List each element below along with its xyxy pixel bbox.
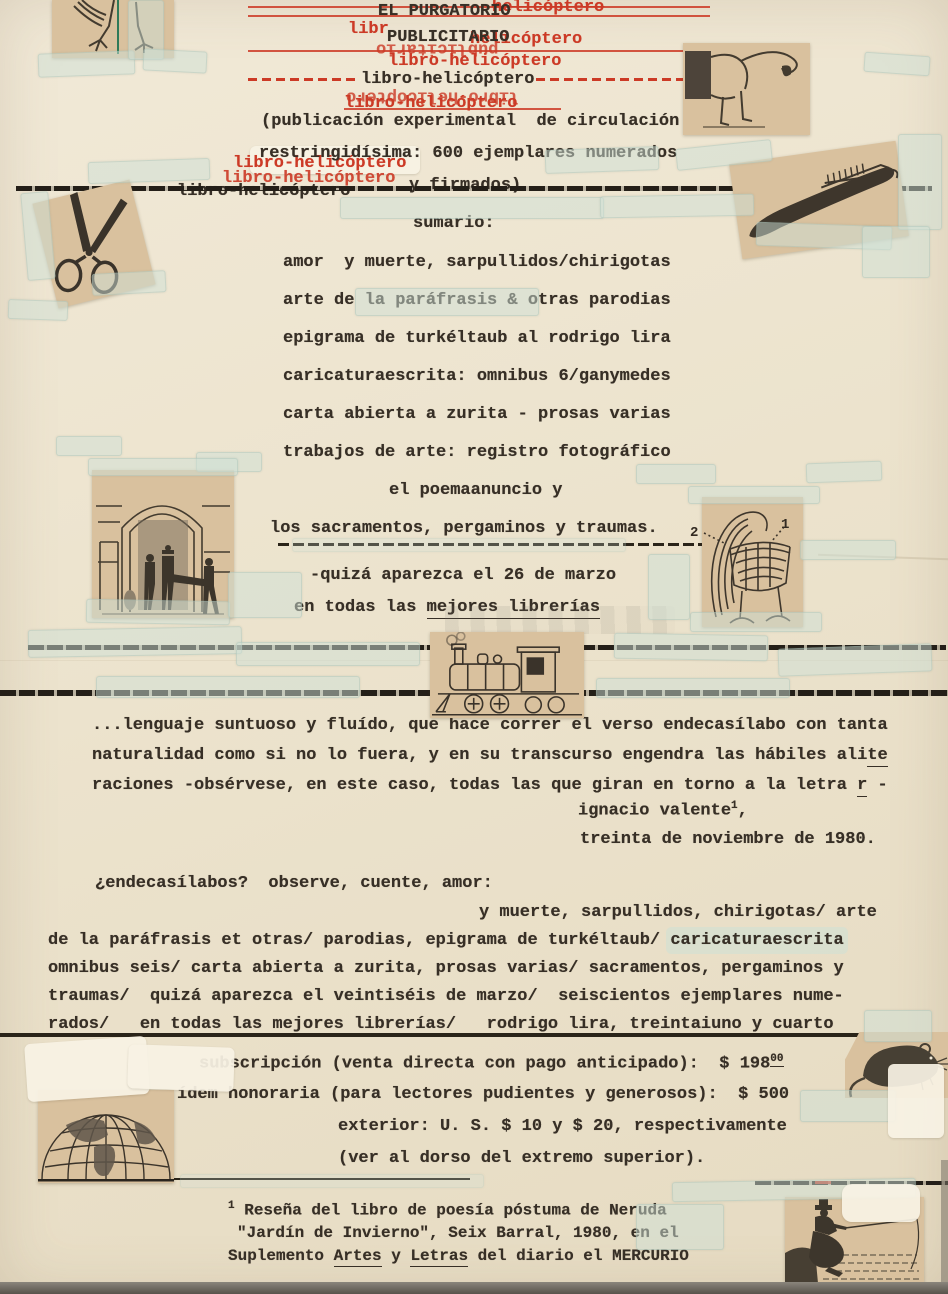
doorway-scene-engraving (92, 470, 234, 618)
pencil-sketch-hills (445, 606, 675, 634)
review-date: treinta de noviembre de 1980. (580, 830, 876, 850)
review-line2-main: naturalidad como si no lo fuera, y en su… (92, 746, 867, 765)
tape-strip (800, 1090, 896, 1122)
pricing-line3: exterior: U. S. $ 10 y $ 20, respectivam… (338, 1117, 787, 1137)
tape-strip (142, 48, 207, 73)
endeca-line1: y muerte, sarpullidos, chirigotas/ arte (479, 903, 877, 923)
tape-strip (596, 678, 790, 698)
endeca-line5: rados/ en todas las mejores librerías/ r… (48, 1015, 834, 1035)
tape-strip (292, 538, 626, 552)
tape-strip (38, 50, 136, 77)
tape-strip (86, 599, 230, 626)
lion-hindquarters-engraving (683, 43, 810, 135)
footnote-letras-underlined: Letras (410, 1247, 468, 1267)
masthead-title-line2: PUBLICITARIO (387, 28, 509, 48)
tape-strip (8, 299, 69, 321)
endeca-line2-prefix: de la paráfrasis et otras/ parodias, epi… (48, 931, 670, 950)
review-line2: naturalidad como si no lo fuera, y en su… (92, 746, 888, 766)
footnote-artes-underlined: Artes (334, 1247, 382, 1267)
paper-patch (842, 1184, 920, 1222)
pricing-line1-main: subscripción (venta directa con pago ant… (199, 1055, 770, 1074)
tape-strip (28, 626, 242, 658)
tape-strip (864, 1010, 932, 1042)
scan-edge-bottom (0, 1282, 948, 1294)
sumario-item: caricaturaescrita: omnibus 6/ganymedes (283, 367, 671, 387)
globe-engraving (38, 1090, 174, 1183)
pricing-line1: subscripción (venta directa con pago ant… (199, 1053, 784, 1074)
tape-strip (648, 554, 690, 620)
masthead-title-line1: EL PURGATORIO (378, 2, 511, 22)
footnote-line2: "Jardín de Invierno", Seix Barral, 1980,… (237, 1224, 679, 1242)
tape-strip (778, 643, 933, 676)
tape-strip (91, 270, 166, 296)
bassinet-label-2: 2 (690, 526, 698, 540)
tape-strip (688, 486, 820, 504)
red-libro-helicoptero: libro-helicóptero (388, 52, 561, 72)
tape-strip (545, 146, 660, 174)
tape-strip (236, 642, 420, 666)
pricing-line2: ídem honoraria (para lectores pudientes … (177, 1085, 789, 1105)
footnote-reference: 1 (731, 800, 738, 812)
red-overprint-fragment: libr (348, 20, 389, 40)
endeca-taped-word: caricaturaescrita (670, 931, 843, 950)
tape-strip (600, 194, 754, 219)
review-attribution: ignacio valente1, (578, 800, 748, 821)
tape-strip (806, 461, 883, 484)
sumario-item: trabajos de arte: registro fotográfico (283, 443, 671, 463)
release-line1: -quizá aparezca el 26 de marzo (310, 566, 616, 586)
scan-edge-right (941, 1160, 948, 1294)
tape-strip (690, 612, 822, 632)
tape-strip (636, 464, 716, 484)
review-line3-tail: - (867, 776, 887, 795)
scanned-collage-page: helicóptero libr helicóptero publicitari… (0, 0, 948, 1294)
endeca-line4: traumas/ quizá aparezca el veintiséis de… (48, 987, 844, 1007)
sumario-item: el poemaanuncio y (389, 481, 562, 501)
bassinet-label-1: 1 (781, 518, 789, 532)
tape-strip (228, 572, 302, 618)
red-dashed-rule (248, 78, 360, 81)
red-libro-helicoptero-underlined: libro-helicóptero (344, 94, 517, 114)
tape-strip (56, 436, 122, 456)
tape-strip (862, 226, 930, 278)
tape-strip (180, 1174, 484, 1188)
paper-patch (127, 1044, 234, 1092)
review-line3: raciones -obsérvese, en este caso, todas… (92, 776, 888, 796)
attribution-name: ignacio valente (578, 802, 731, 821)
attribution-comma: , (738, 802, 748, 821)
review-line1: ...lenguaje suntuoso y fluído, que hace … (92, 716, 888, 736)
pricing-superscript-cents: 00 (770, 1053, 783, 1067)
review-line3-underlined: r (857, 776, 867, 797)
endeca-intro: ¿endecasílabos? observe, cuente, amor: (95, 874, 493, 894)
masthead-black-libro: libro-helicóptero (361, 70, 534, 90)
tape-strip (340, 197, 604, 219)
locomotive-engraving (430, 632, 584, 718)
tape-strip (636, 1204, 724, 1250)
sumario-item: epigrama de turkéltaub al rodrigo lira (283, 329, 671, 349)
edition-note-line1: (publicación experimental de circulación (261, 112, 679, 132)
tape-strip (614, 633, 768, 662)
sumario-item: carta abierta a zurita - prosas varias (283, 405, 671, 425)
footnote-line1: 1 Reseña del libro de poesía póstuma de … (228, 1200, 667, 1220)
endeca-line2: de la paráfrasis et otras/ parodias, epi… (48, 931, 844, 951)
review-line2-underlined: te (867, 746, 887, 767)
footnote-line3: Suplemento Artes y Letras del diario el … (228, 1247, 689, 1265)
tape-strip (96, 676, 360, 698)
margin-black-libro-struck: libro-helicóptero (177, 182, 350, 202)
paper-patch (888, 1064, 944, 1138)
tape-strip (88, 158, 211, 184)
sumario-item: los sacramentos, pergaminos y traumas. (270, 519, 658, 539)
footnote-line3-mid: y (382, 1247, 411, 1265)
footnote-line1-text: Reseña del libro de poesía póstuma de Ne… (244, 1201, 666, 1219)
tape-strip (88, 458, 238, 476)
review-line3-main: raciones -obsérvese, en este caso, todas… (92, 776, 857, 795)
sumario-item: amor y muerte, sarpullidos/chirigotas (283, 253, 671, 273)
pricing-line4: (ver al dorso del extremo superior). (338, 1149, 705, 1169)
tape-strip (863, 52, 930, 77)
endeca-line3: omnibus seis/ carta abierta a zurita, pr… (48, 959, 844, 979)
tape-strip (800, 540, 896, 560)
tape-strip-over-text (355, 288, 539, 316)
footnote-line3-prefix: Suplemento (228, 1247, 334, 1265)
release-line2-prefix: en todas las (294, 598, 427, 617)
footnote-marker: 1 (228, 1200, 235, 1212)
tape-strip (898, 134, 942, 230)
